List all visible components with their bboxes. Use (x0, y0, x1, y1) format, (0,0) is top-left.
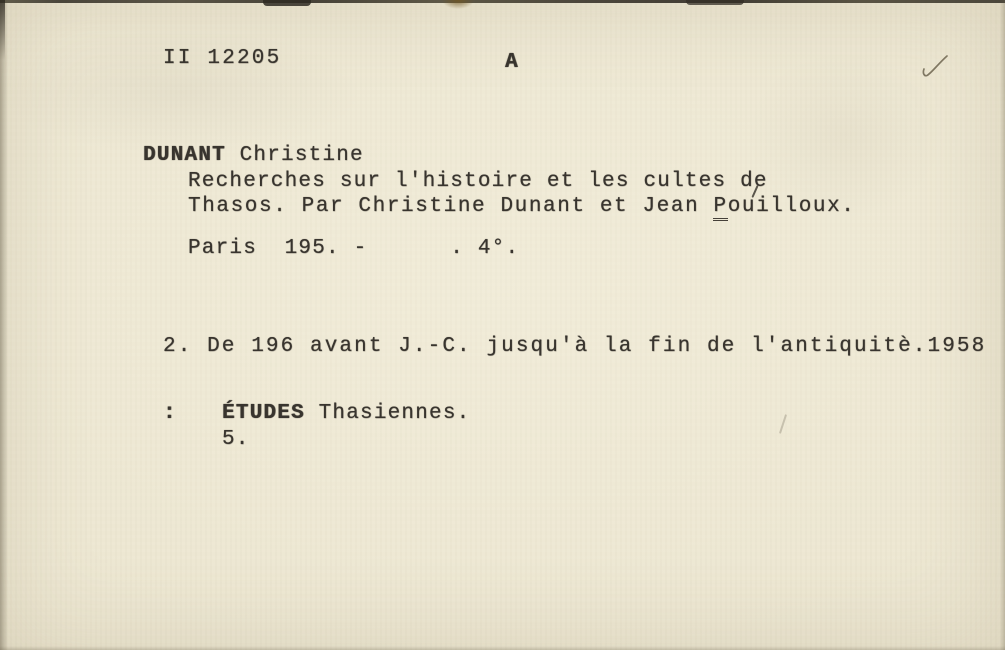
section-letter: A (505, 51, 519, 74)
title-line-1: Recherches sur l'histoire et les cultes … (188, 170, 768, 193)
author-surname: DUNANT (143, 144, 226, 167)
coauthor-name-rest: ouilloux. (728, 195, 856, 218)
imprint-line: Paris 195. - . 4°. (188, 237, 519, 260)
scan-edge-blotch (686, 0, 744, 5)
scan-edge-left-top (0, 0, 5, 60)
catalog-card: II 12205 A DUNANT Christine Recherches s… (0, 0, 1005, 650)
coauthor-underlined-initial: P (713, 195, 727, 221)
checkmark-icon (918, 52, 952, 82)
scan-edge-top (0, 0, 1005, 3)
series-title: ÉTUDES Thasiennes. (222, 402, 470, 425)
series-title-rest: Thasiennes. (305, 402, 471, 425)
title-line-2-text: Thasos. Par Christine Dunant et Jean (188, 195, 713, 218)
call-number: II 12205 (163, 47, 281, 70)
series-number: 5. (222, 428, 250, 451)
scan-edge-left (0, 0, 8, 650)
scan-edge-bottom (0, 646, 1005, 650)
author-forename: Christine (226, 144, 364, 167)
series-title-emph: ÉTUDES (222, 402, 305, 425)
scan-edge-blotch (263, 0, 311, 6)
volume-note: 2. De 196 avant J.-C. jusqu'à la fin de … (163, 335, 986, 358)
scan-edge-right (1000, 0, 1005, 650)
author-heading: DUNANT Christine (143, 144, 364, 167)
faint-pencil-mark (779, 414, 787, 434)
series-colon: : (163, 402, 177, 425)
scan-edge-stain (440, 0, 476, 12)
title-line-2: Thasos. Par Christine Dunant et Jean Pou… (188, 195, 856, 218)
